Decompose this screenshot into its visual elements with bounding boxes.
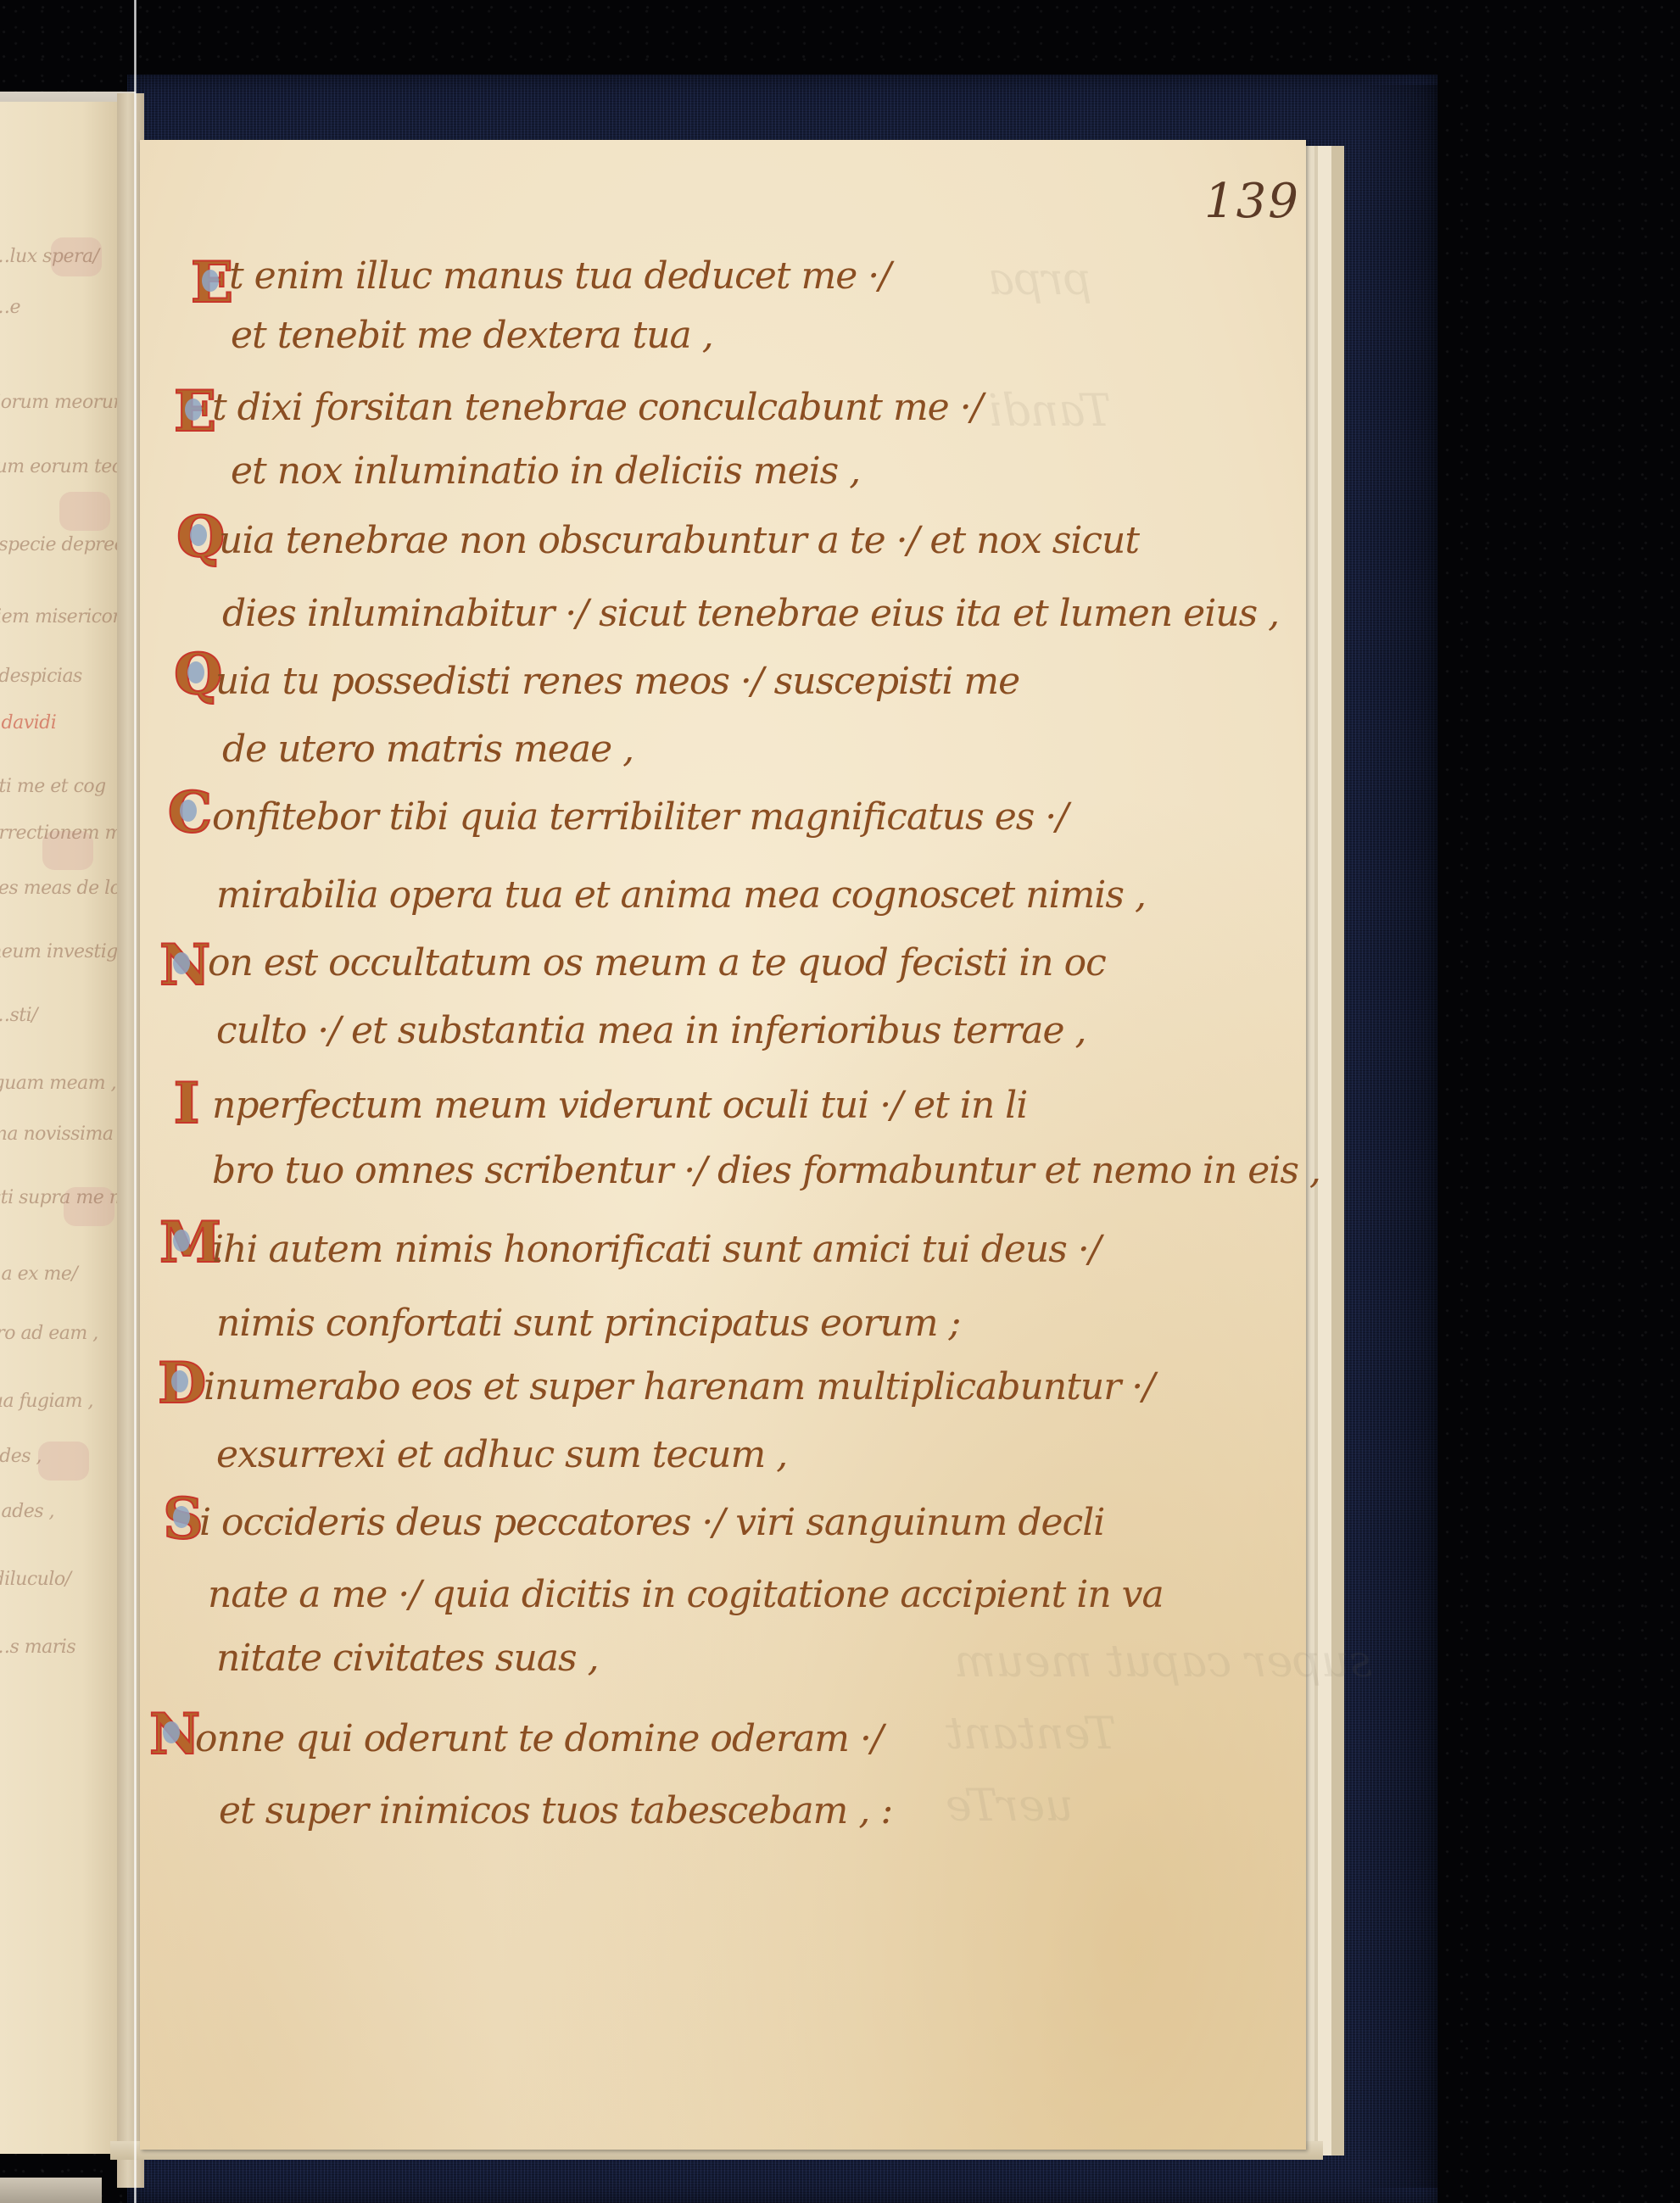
text-line: uia tu possedisti renes meos ·/ suscepis… [215,660,1019,703]
show-through-text: Tandi [988,386,1111,437]
facing-line: …gasti me et cog [0,776,106,797]
text-line: nitate civitates suas , [216,1637,599,1680]
facing-line: …diem misericordia [0,606,117,627]
decorated-initial-n: N [159,937,207,993]
facing-line: …ones meas de lon [0,878,117,899]
show-through-text: super caput meum [954,1637,1372,1687]
facing-line: …morum eorum tecum [0,456,117,477]
text-line: mirabilia opera tua et anima mea cognosc… [216,873,1146,917]
facing-line: …labiorum meorum verifica [0,392,117,413]
text-line: t enim illuc manus tua deducet me ·/ [229,254,890,298]
blue-infill-icon [171,1370,188,1392]
text-line: t dixi forsitan tenebrae conculcabunt me… [212,386,983,429]
facing-line: …resurrectionem mea [0,823,117,844]
text-line: dies inluminabitur ·/ sicut tenebrae eiu… [222,592,1279,635]
show-through-text: uerTe [946,1781,1074,1832]
text-line: et super inimicos tuos tabescebam , : [219,1789,892,1832]
text-line: inumerabo eos et super harenam multiplic… [204,1365,1154,1408]
facing-line: …in specie deprecatur [0,534,117,555]
blue-infill-icon [173,1230,190,1252]
text-line: nate a me ·/ quia dicitis in cogitatione… [208,1573,1164,1616]
text-line: bro tuo omnes scribentur ·/ dies formabu… [212,1149,1320,1192]
text-line: nimis confortati sunt principatus eorum … [216,1302,960,1345]
decorated-initial-i: I [163,1075,210,1160]
facing-line: …meum investigasti [0,941,117,962]
text-line: et tenebit me dextera tua , [231,314,713,357]
blue-infill-icon [173,1506,190,1528]
facing-line: …non potero ad eam , [0,1323,98,1344]
text-line: nperfectum meum viderunt oculi tui ·/ et… [212,1084,1027,1127]
blue-infill-icon [202,270,219,292]
blue-infill-icon [163,1721,180,1743]
manuscript-page-recto: prpa Tandi super caput meum Tentant uerT… [140,140,1306,2150]
ghost-initial [59,492,110,531]
blue-infill-icon [173,952,190,974]
facing-line: …sti/ [0,1005,37,1026]
text-line: onfitebor tibi quia terribiliter magnifi… [212,795,1068,839]
decorated-initial-m: M [159,1214,215,1270]
text-line: onne qui oderunt te domine oderam ·/ [195,1717,883,1760]
text-line: culto ·/ et substantia mea in inferiorib… [216,1009,1086,1052]
folio-number: 139 [1204,174,1300,229]
text-line: de utero matris meae , [222,728,633,771]
facing-line: …e [0,297,20,318]
facing-line: …tua fugiam , [0,1391,93,1412]
facing-line: …caelum tu illic es/ si descendero ad in… [0,1446,42,1467]
decorated-initial-n: N [149,1706,197,1762]
show-through-text: prpa [988,254,1091,305]
blue-infill-icon [185,399,202,421]
text-line: i occideris deus peccatores ·/ viri sang… [199,1501,1104,1544]
book-cradle-edge [134,0,137,2203]
facing-line: …guam meam , [0,1073,116,1094]
facing-line: …ades , [0,1501,54,1522]
facing-line: …non despicias [0,666,82,687]
decorated-initial-q: Q [174,646,221,702]
text-line: on est occultatum os meum a te quod feci… [208,941,1106,984]
facing-line-rubric: …davidi [0,712,56,733]
facing-line: …ima novissima [0,1124,113,1145]
text-line: uia tenebrae non obscurabuntur a te ·/ e… [219,519,1139,562]
decorated-initial-c: C [166,784,214,840]
left-page-tab-bottom [0,2178,102,2203]
blue-infill-icon [187,661,204,683]
facing-line: …a ex me/ [0,1263,77,1285]
text-line: ihi autem nimis honorificati sunt amici … [212,1228,1101,1271]
facing-line: …s maris [0,1637,75,1658]
ghost-initial [38,1442,89,1481]
blue-infill-icon [190,524,207,546]
decorated-initial-q: Q [176,509,224,565]
blue-infill-icon [180,800,197,822]
facing-line: …diluculo/ [0,1569,71,1590]
text-line: exsurrexi et adhuc sum tecum , [216,1433,787,1476]
binding-board-fold [1357,85,1437,2188]
show-through-text: Tentant [946,1709,1116,1760]
facing-line: …lux spera/ [0,246,99,267]
text-line: et nox inluminatio in deliciis meis , [231,449,860,493]
decorated-initial-d: D [158,1355,205,1411]
facing-page-verso: …lux spera/ …e …labiorum meorum verifica… [0,102,117,2154]
facing-line: …fecisti supra me manus [0,1187,117,1208]
